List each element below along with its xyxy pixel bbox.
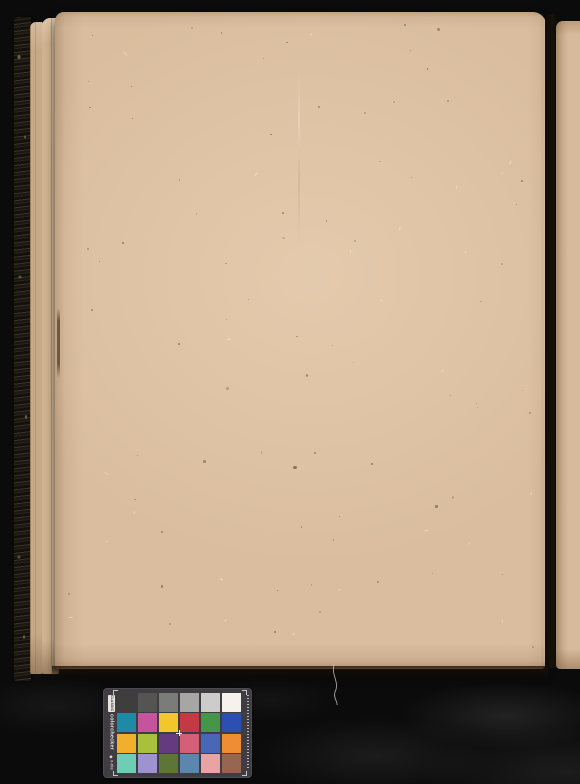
corner-bracket-icon [242,771,247,776]
paper-fleck [293,466,297,469]
patch-cyan [117,713,136,732]
patch-blue-sky [180,754,199,773]
stray-thread [325,660,357,706]
colorchecker-card: CLASSIC colorchecker ◆ x-rite [103,688,252,778]
classic-badge-label: CLASSIC [108,695,115,711]
patch-moderate-red [180,734,199,753]
patch-red [180,713,199,732]
patch-white [222,693,241,712]
gutter-binding-mark [57,308,60,378]
patch-orange-yellow [117,734,136,753]
facing-page-sliver [556,21,580,669]
card-fine-print-text [247,695,249,770]
blank-book-page [55,12,546,669]
patch-neutral-6-5 [180,693,199,712]
book-spine-marbled-edge [14,17,31,681]
patch-light-skin [201,754,220,773]
patch-neutral-8 [201,693,220,712]
patch-neutral-5 [159,693,178,712]
patch-black [117,693,136,712]
corner-bracket-icon [113,690,118,695]
page-bottom-shadow [52,666,548,679]
patch-bluish-green [117,754,136,773]
patch-purple [159,734,178,753]
patch-blue [222,713,241,732]
patch-yellow-green [138,734,157,753]
page-crease [298,70,300,245]
classic-badge: CLASSIC [108,695,115,712]
patch-green [201,713,220,732]
patch-foliage [159,754,178,773]
patch-magenta [138,713,157,732]
x-rite-brand-label: x-rite [108,760,116,770]
patch-purplish-blue [201,734,220,753]
corner-bracket-icon [113,771,118,776]
patch-blue-flower [138,754,157,773]
photographed-book-scan: CLASSIC colorchecker ◆ x-rite [0,0,580,784]
patch-orange [222,734,241,753]
patch-neutral-3-5 [138,693,157,712]
patch-dark-skin [222,754,241,773]
patch-yellow [159,713,178,732]
colorchecker-wordmark: colorchecker [108,714,116,760]
colorchecker-label-column: CLASSIC colorchecker ◆ x-rite [105,691,116,775]
